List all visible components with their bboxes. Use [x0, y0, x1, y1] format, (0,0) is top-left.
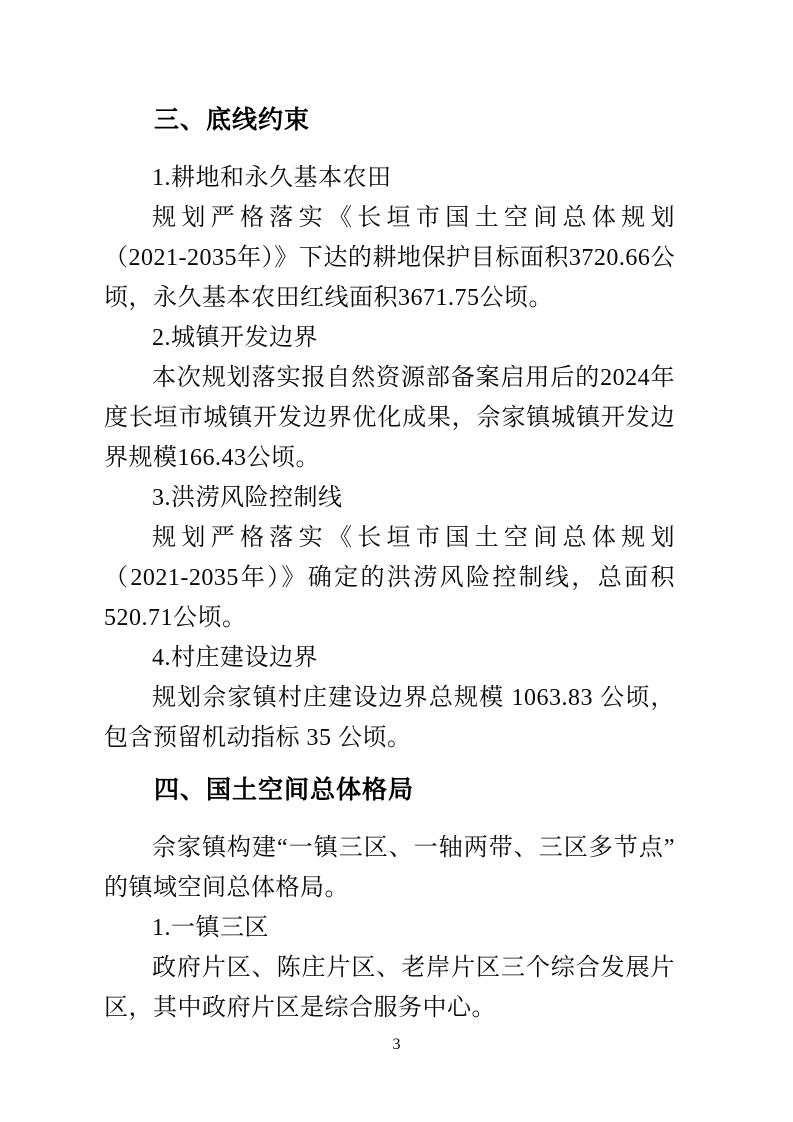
section-heading-3: 三、底线约束	[104, 100, 675, 140]
body-paragraph: 规划严格落实《长垣市国土空间总体规划（2021-2035年）》下达的耕地保护目标…	[104, 198, 675, 318]
body-paragraph: 政府片区、陈庄片区、老岸片区三个综合发展片区，其中政府片区是综合服务中心。	[104, 948, 675, 1028]
body-paragraph: 佘家镇构建“一镇三区、一轴两带、三区多节点”的镇域空间总体格局。	[104, 828, 675, 908]
document-page: 三、底线约束 1.耕地和永久基本农田 规划严格落实《长垣市国土空间总体规划（20…	[0, 0, 793, 1122]
subsection-heading-1: 1.耕地和永久基本农田	[104, 158, 675, 198]
body-paragraph: 规划严格落实《长垣市国土空间总体规划（2021-2035年）》确定的洪涝风险控制…	[104, 518, 675, 638]
subsection-heading-1b: 1.一镇三区	[104, 908, 675, 948]
section-heading-4: 四、国土空间总体格局	[104, 770, 675, 810]
subsection-heading-3: 3.洪涝风险控制线	[104, 478, 675, 518]
body-paragraph: 本次规划落实报自然资源部备案启用后的2024年度长垣市城镇开发边界优化成果，佘家…	[104, 358, 675, 478]
body-paragraph: 规划佘家镇村庄建设边界总规模 1063.83 公顷，包含预留机动指标 35 公顷…	[104, 678, 675, 758]
document-body: 三、底线约束 1.耕地和永久基本农田 规划严格落实《长垣市国土空间总体规划（20…	[104, 0, 675, 1028]
page-number: 3	[0, 1032, 793, 1058]
subsection-heading-2: 2.城镇开发边界	[104, 318, 675, 358]
subsection-heading-4: 4.村庄建设边界	[104, 638, 675, 678]
